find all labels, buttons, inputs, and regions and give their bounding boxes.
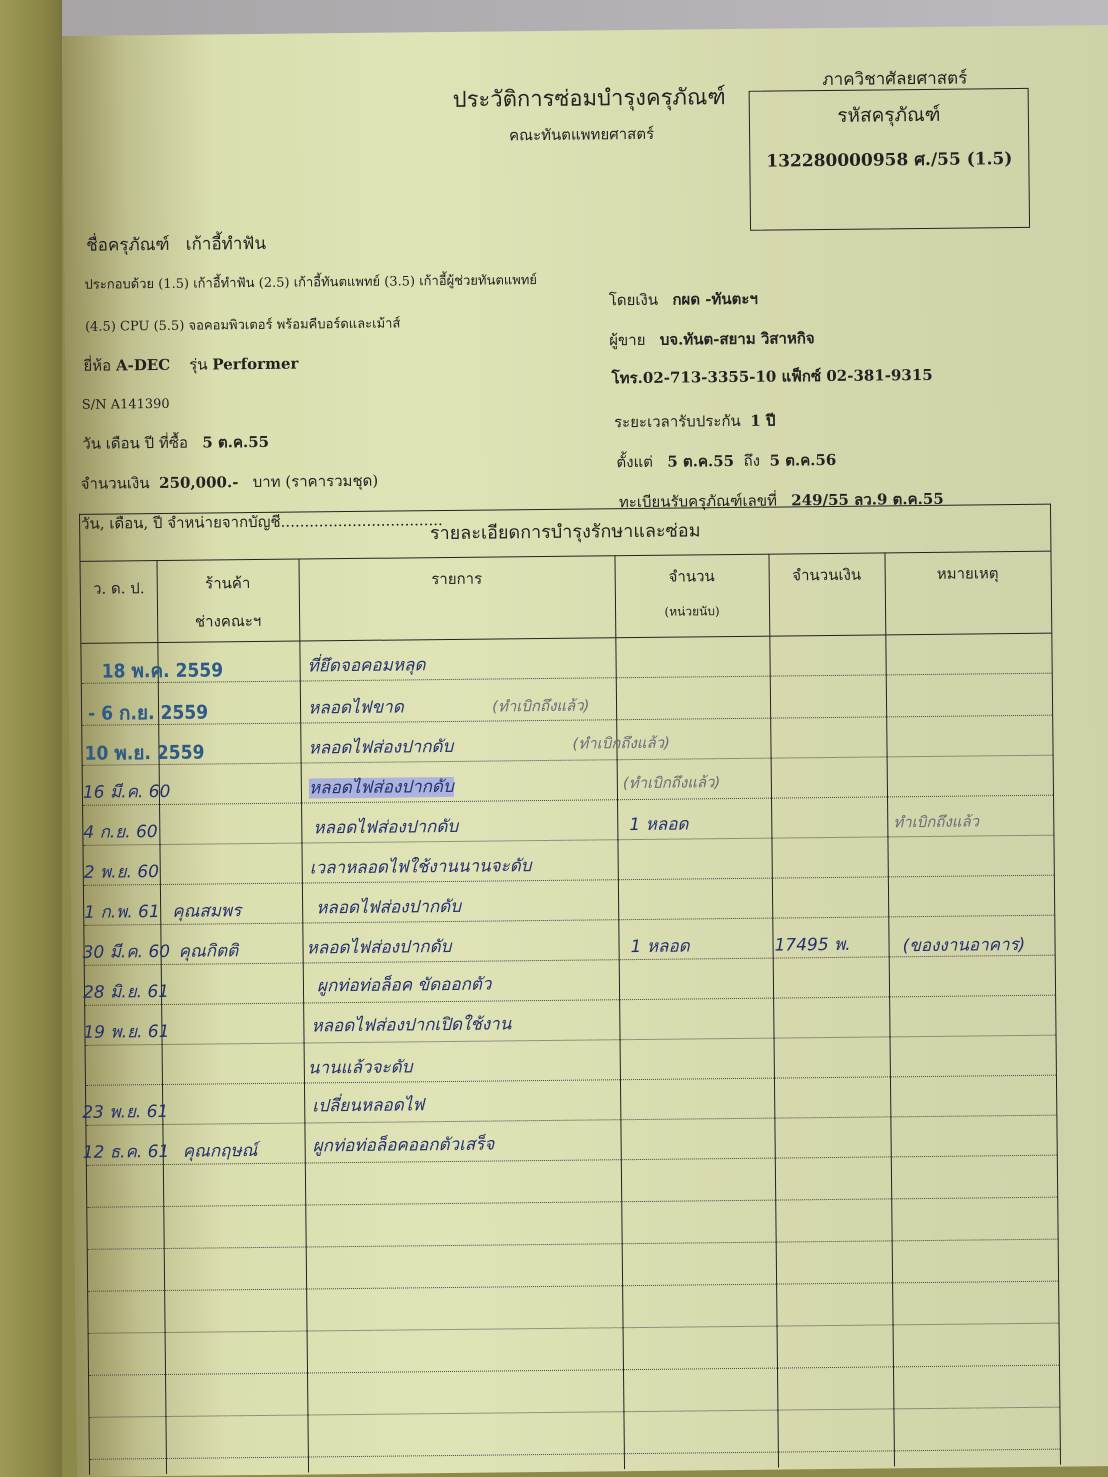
amount-label: จำนวนเงิน bbox=[81, 474, 150, 493]
row-5-date: 2 พ.ย. 60 bbox=[84, 858, 160, 886]
seller: บจ.ทันต-สยาม วิสาหกิจ bbox=[660, 329, 815, 349]
row-1-item-note: (ทำเบิกถึงแล้ว) bbox=[492, 694, 590, 719]
row-3-date: 16 มี.ค. 60 bbox=[83, 778, 171, 806]
brand: A-DEC bbox=[116, 356, 170, 375]
col-divider bbox=[768, 554, 779, 1468]
row-6-item: หลอดไฟส่องปากดับ bbox=[316, 893, 461, 922]
row-10-item: นานแล้วจะดับ bbox=[308, 1053, 413, 1081]
row-rule bbox=[86, 1035, 1056, 1046]
funding-line: โดยเงิน กผด -ทันตะฯ bbox=[609, 287, 758, 313]
row-rule bbox=[89, 1323, 1059, 1334]
row-1-item: หลอดไฟขาด bbox=[308, 693, 404, 721]
row-8-date: 28 มิ.ย. 61 bbox=[83, 978, 169, 1006]
row-6-shop: คุณสมพร bbox=[172, 897, 241, 925]
row-rule bbox=[89, 1407, 1059, 1418]
faculty-name: คณะทันตแพทยศาสตร์ bbox=[509, 122, 654, 148]
header-divider bbox=[81, 633, 1051, 644]
row-rule bbox=[90, 1449, 1060, 1460]
brand-line: ยี่ห้อ A-DEC รุ่น Performer bbox=[83, 352, 298, 378]
row-0-date: 18 พ.ค. 2559 bbox=[102, 655, 224, 686]
amount-unit: บาท (ราคารวมชุด) bbox=[253, 472, 379, 491]
page-title: ประวัติการซ่อมบำรุงครุภัณฑ์ bbox=[453, 79, 726, 117]
row-7-item: หลอดไฟส่องปากดับ bbox=[306, 933, 451, 962]
row-rule bbox=[83, 755, 1053, 766]
row-3-item: หลอดไฟส่องปากดับ bbox=[309, 773, 454, 802]
phone-fax: โทร.02-713-3355-10 แฟ็กซ์ 02-381-9315 bbox=[611, 363, 932, 390]
table-caption: รายละเอียดการบำรุงรักษาและซ่อม bbox=[80, 505, 1050, 562]
row-3-item-note: (ทำเบิกถึงแล้ว) bbox=[623, 770, 721, 795]
col-header-qty-sub: (หน่วยนับ) bbox=[615, 602, 769, 623]
row-rule bbox=[86, 1115, 1056, 1126]
row-2-item-note: (ทำเบิกถึงแล้ว) bbox=[572, 731, 670, 756]
row-rule bbox=[88, 1239, 1058, 1250]
row-9-item: หลอดไฟส่องปากเปิดใช้งาน bbox=[311, 1010, 511, 1039]
row-0-item: ที่ยึดจอคอมหลุด bbox=[307, 651, 425, 679]
row-7-qty: 1 หลอด bbox=[630, 932, 689, 960]
row-4-item: หลอดไฟส่องปากดับ bbox=[313, 813, 458, 842]
asset-name-label: ชื่อครุภัณฑ์ bbox=[86, 235, 170, 256]
warranty-to: 5 ต.ค.56 bbox=[769, 451, 836, 470]
model: Performer bbox=[212, 355, 298, 374]
seller-line: ผู้ขาย บจ.ทันต-สยาม วิสาหกิจ bbox=[609, 326, 815, 352]
purchase-date: 5 ต.ค.55 bbox=[202, 433, 269, 452]
col-divider bbox=[884, 552, 895, 1466]
col-header-shop-sub: ช่างคณะฯ bbox=[157, 609, 299, 634]
row-7-note: (ของงานอาคาร) bbox=[902, 931, 1025, 959]
amount: 250,000.- bbox=[159, 473, 238, 492]
row-7-shop: คุณกิตติ bbox=[178, 937, 238, 965]
asset-name-line: ชื่อครุภัณฑ์ เก้าอี้ทำฟัน bbox=[86, 230, 266, 259]
amount-line: จำนวนเงิน 250,000.- บาท (ราคารวมชุด) bbox=[81, 469, 379, 496]
asset-code-box: รหัสครุภัณฑ์ 132280000958 ศ./55 (1.5) bbox=[749, 88, 1030, 231]
components-line-1: ประกอบด้วย (1.5) เก้าอี้ทำฟัน (2.5) เก้า… bbox=[84, 269, 537, 295]
asset-code: 132280000958 ศ./55 (1.5) bbox=[750, 145, 1028, 175]
maintenance-record-page: ประวัติการซ่อมบำรุงครุภัณฑ์ คณะทันตแพทยศ… bbox=[62, 25, 1108, 1477]
row-11-date: 23 พ.ย. 61 bbox=[82, 1098, 168, 1126]
row-5-item: เวลาหลอดไฟใช้งานนานจะดับ bbox=[310, 852, 532, 881]
components-line-2: (4.5) CPU (5.5) จอคอมพิวเตอร์ พร้อมคีบอร… bbox=[85, 312, 401, 336]
funding-label: โดยเงิน bbox=[609, 291, 658, 310]
warranty-from: 5 ต.ค.55 bbox=[667, 452, 734, 471]
warranty-label: ระยะเวลารับประกัน bbox=[614, 412, 741, 431]
seller-label: ผู้ขาย bbox=[609, 331, 645, 349]
brand-label: ยี่ห้อ bbox=[83, 357, 111, 375]
row-rule bbox=[87, 1197, 1057, 1208]
warranty-line: ระยะเวลารับประกัน 1 ปี bbox=[614, 409, 776, 435]
col-header-note: หมายเหตุ bbox=[885, 561, 1051, 587]
funding: กผด -ทันตะฯ bbox=[672, 290, 758, 309]
to-label: ถึง bbox=[744, 452, 761, 470]
from-label: ตั้งแต่ bbox=[616, 453, 653, 471]
row-rule bbox=[84, 875, 1054, 886]
model-label: รุ่น bbox=[189, 355, 207, 373]
asset-code-label: รหัสครุภัณฑ์ bbox=[750, 99, 1028, 132]
row-7-cost: 17495 พ. bbox=[774, 931, 850, 959]
row-3-item-highlight: หลอดไฟส่องปากดับ bbox=[309, 777, 454, 799]
row-rule bbox=[82, 673, 1052, 684]
row-4-qty: 1 หลอด bbox=[629, 810, 688, 838]
row-rule bbox=[86, 1075, 1056, 1086]
col-header-date: ว. ด. ป. bbox=[81, 576, 157, 601]
purchase-date-label: วัน เดือน ปี ที่ซื้อ bbox=[82, 434, 188, 453]
warranty-period-line: ตั้งแต่ 5 ต.ค.55 ถึง 5 ต.ค.56 bbox=[616, 448, 836, 474]
col-header-item: รายการ bbox=[299, 565, 615, 592]
row-1-date: - 6 ก.ย. 2559 bbox=[88, 698, 208, 729]
row-9-date: 19 พ.ย. 61 bbox=[83, 1018, 169, 1046]
row-7-date: 30 มี.ค. 60 bbox=[82, 938, 170, 966]
row-12-item: ผูกท่อท่อล็อคออกตัวเสร็จ bbox=[312, 1131, 494, 1160]
row-12-date: 12 ธ.ค. 61 bbox=[83, 1138, 170, 1166]
row-2-item: หลอดไฟส่องปากดับ bbox=[308, 733, 453, 762]
serial-number: S/N A141390 bbox=[82, 397, 170, 413]
col-header-qty: จำนวน bbox=[615, 564, 769, 590]
row-12-shop: คุณกฤษณ์ bbox=[183, 1137, 258, 1165]
col-header-cost: จำนวนเงิน bbox=[769, 562, 885, 587]
col-divider bbox=[614, 555, 625, 1469]
row-rule bbox=[88, 1281, 1058, 1292]
row-rule bbox=[83, 795, 1053, 806]
row-6-date: 1 ก.พ. 61 bbox=[84, 898, 160, 926]
row-rule bbox=[85, 995, 1055, 1006]
warranty: 1 ปี bbox=[750, 412, 775, 430]
maintenance-table: รายละเอียดการบำรุงรักษาและซ่อม ว. ด. ป. … bbox=[79, 504, 1061, 1475]
row-11-item: เปลี่ยนหลอดไฟ bbox=[312, 1091, 424, 1119]
asset-name: เก้าอี้ทำฟัน bbox=[186, 234, 266, 255]
row-8-item: ผูกท่อท่อล็อค ขัดออกตัว bbox=[317, 971, 492, 1000]
background-desk bbox=[0, 0, 62, 1477]
row-rule bbox=[89, 1365, 1059, 1376]
row-4-date: 4 ก.ย. 60 bbox=[83, 818, 158, 846]
row-2-date: 10 พ.ย. 2559 bbox=[84, 738, 204, 769]
row-rule bbox=[83, 835, 1053, 846]
col-header-shop: ร้านค้า bbox=[157, 571, 299, 596]
row-4-note: ทำเบิกถึงแล้ว bbox=[893, 809, 979, 834]
purchase-date-line: วัน เดือน ปี ที่ซื้อ 5 ต.ค.55 bbox=[82, 430, 269, 456]
